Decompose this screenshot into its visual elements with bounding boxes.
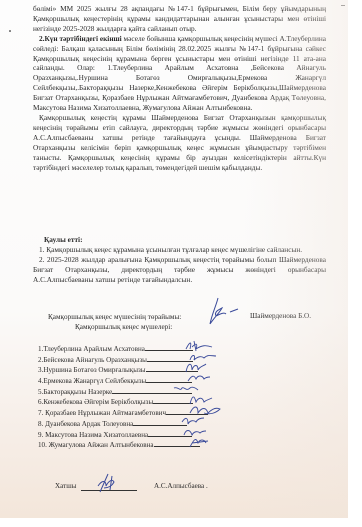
secretary-label: Хатшы xyxy=(55,482,76,490)
resolution-item-2: 2. 2025-2028 жылдар аралығына Қамқоршылы… xyxy=(33,255,326,285)
paragraph-2-text: мәселе бойынша қамқоршылық кеңесінің мүш… xyxy=(33,34,326,112)
member-name: 8. Дуанбекова Ардак Толеуовна xyxy=(38,420,133,428)
secretary-signature-icon xyxy=(94,472,120,494)
member-row-6: 6.Кенжебекова Әйгерім Берікболқызы xyxy=(38,397,208,408)
member-row-3: 3.Нуршина Ботагөз Омирғалықызы xyxy=(38,365,208,376)
member-signature-icon xyxy=(186,435,212,449)
resolution-section: Қаулы етті: 1. Қамқоршылық кеңес құрамын… xyxy=(33,235,326,285)
member-name: 10. Жумагулова Айжан Алтынбековна xyxy=(38,441,154,449)
paragraph-2: 2.Күн тәртібіндегі екінші мәселе бойынша… xyxy=(33,34,326,113)
scan-mark xyxy=(341,5,345,6)
scan-speck xyxy=(9,30,11,32)
document-body: бөлімі» ММ 2025 жылғы 28 ақпандағы №147-… xyxy=(33,4,326,172)
member-name: 3.Нуршина Ботагөз Омирғалықызы xyxy=(38,366,146,374)
member-row-1: 1.Тлеуберлина Арайлым Асхатовна xyxy=(38,344,208,355)
paragraph-1: бөлімі» ММ 2025 жылғы 28 ақпандағы №147-… xyxy=(33,4,326,34)
members-list: 1.Тлеуберлина Арайлым Асхатовна 2.Бейсек… xyxy=(38,344,208,451)
member-name: 6.Кенжебекова Әйгерім Берікболқызы xyxy=(38,398,153,406)
member-name: 2.Бейсекова Айнагуль Оразханқызы xyxy=(38,356,147,364)
member-name: 5.Бактораққызы Назерке xyxy=(38,388,112,396)
chair-signature-icon xyxy=(204,296,244,328)
member-row-5: 5.Бактораққызы Назерке xyxy=(38,387,208,398)
member-row-10: 10. Жумагулова Айжан Алтынбековна xyxy=(38,440,208,451)
secretary-name: А.С.Алпысбаева . xyxy=(154,482,208,490)
member-name: 9. Максутова Назима Хизатоллаевна xyxy=(38,431,148,439)
chair-label: Қамқоршылық кеңес мүшесінің төрайымы: xyxy=(48,312,181,322)
member-name: 7. Қоразбаев Нұрлыжан Айтмағамбетович xyxy=(38,409,166,417)
paragraph-3: Қамқоршылық кеңестің құрамы Шаймерденова… xyxy=(33,113,326,172)
agenda-item-heading: 2.Күн тәртібіндегі екінші xyxy=(39,34,122,43)
member-row-9: 9. Максутова Назима Хизатоллаевна xyxy=(38,430,208,441)
resolution-item-1: 1. Қамқоршылық кеңес құрамына ұсынылған … xyxy=(33,245,326,255)
chair-name: Шаймерденова Б.О. xyxy=(250,312,311,320)
member-name: 1.Тлеуберлина Арайлым Асхатовна xyxy=(38,345,145,353)
member-name: 4.Ермекова Жанаргүл Сейлбекқызы xyxy=(38,377,146,385)
document-page: бөлімі» ММ 2025 жылғы 28 ақпандағы №147-… xyxy=(0,0,348,518)
resolution-title: Қаулы етті: xyxy=(44,235,326,245)
members-label: Қамқоршылық кеңес мүшелері: xyxy=(75,322,172,332)
